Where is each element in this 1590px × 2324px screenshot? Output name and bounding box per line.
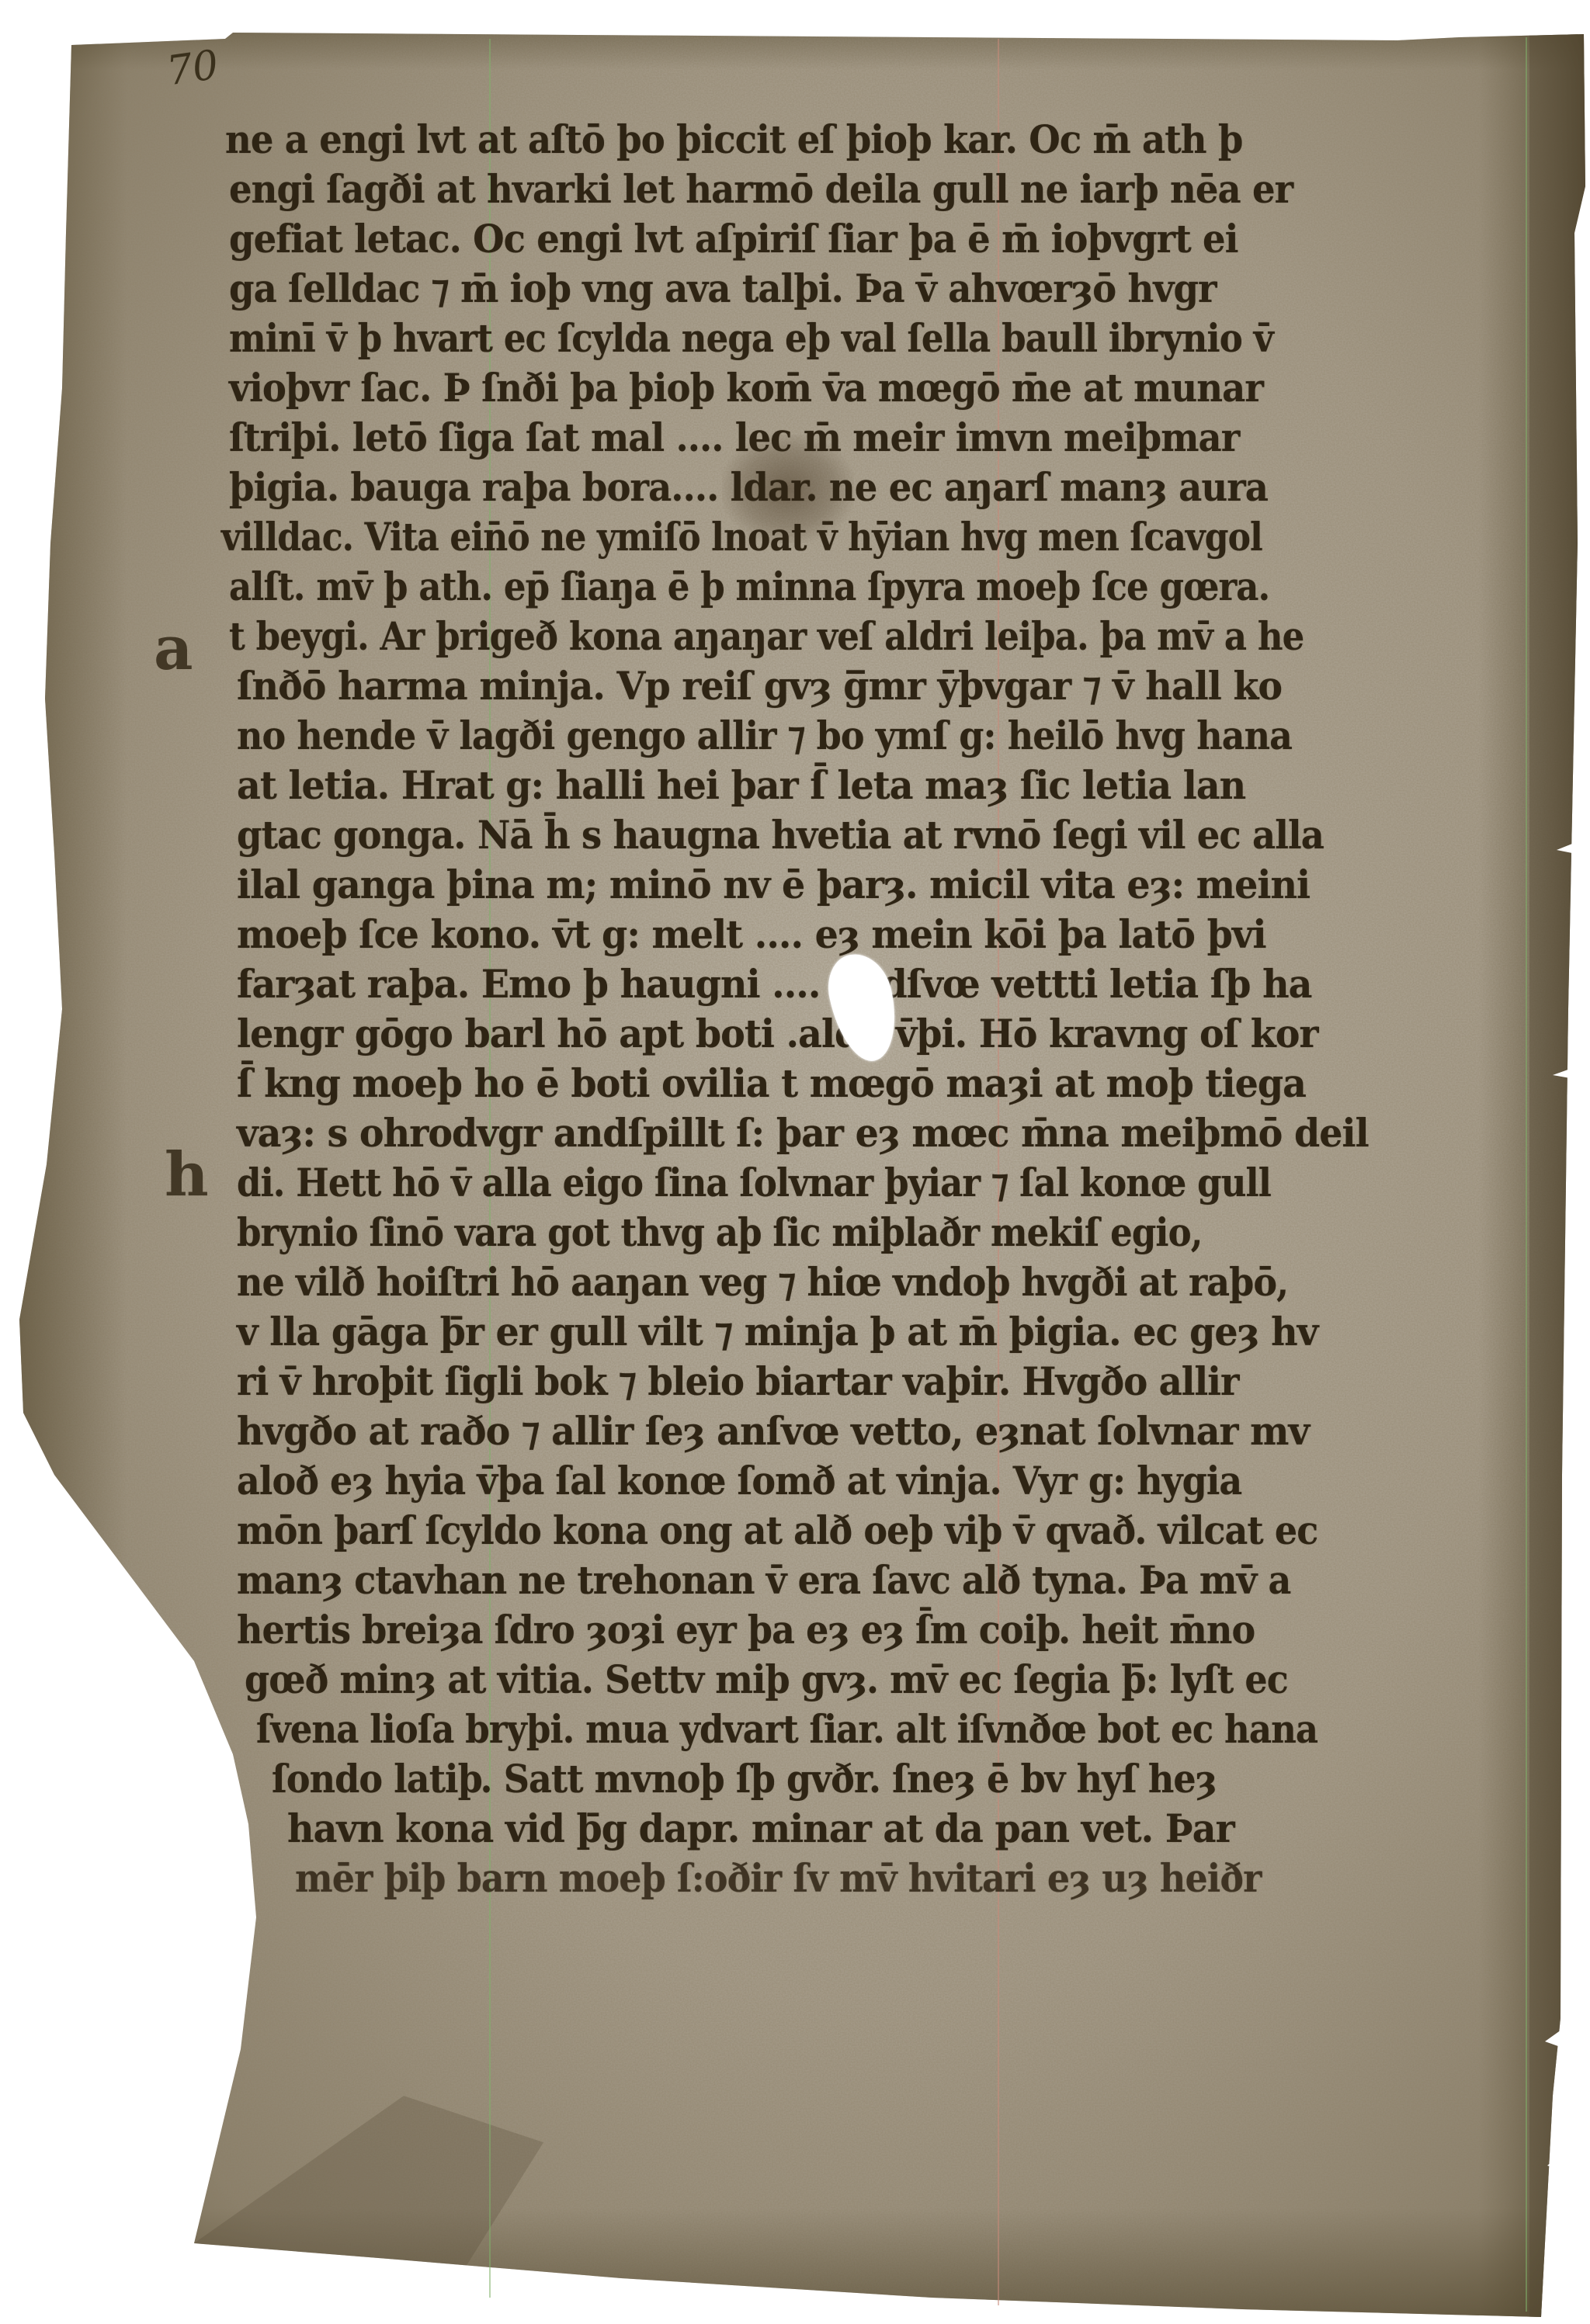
text-line: villdac. Vita ein̄ō ne ymiſō lnoat v̄ hȳ… (221, 514, 1262, 560)
text-line: v lla gāga þ̄r er gull vilt ⁊ minja þ at… (237, 1309, 1317, 1355)
text-line: þigia. bauga raþa bora.... ldar. ne ec a… (229, 464, 1268, 511)
manuscript-text: ne a engi lvt at aſtō þo þiccit eſ þioþ … (0, 0, 1590, 2324)
text-line: engi ſagði at hvarki let harmō deila gul… (229, 166, 1293, 213)
text-line: vioþvr ſac. Þ ſnði þa þioþ kom̄ v̄a mœgō… (229, 365, 1263, 411)
text-line: no hende v̄ lagði gengo allir ⁊ bo ymſ g… (237, 713, 1292, 759)
text-line: alſt. mv̄ þ ath. ep̄ ſiaŋa ē þ minna ſpy… (229, 564, 1269, 610)
text-line: ga ſelldac ⁊ m̄ ioþ vng ava talþi. Þa v̄… (229, 265, 1217, 312)
text-line: havn kona vid þ̄g dapr. minar at da pan … (287, 1805, 1234, 1852)
text-line: lengr gōgo barl hō apt boti .aldō v̄þi. … (237, 1011, 1318, 1057)
text-line: t beygi. Ar þrigeð kona aŋaŋar veſ aldri… (229, 613, 1304, 660)
text-line: brynio ſinō vara got thvg aþ ſic miþlaðr… (237, 1209, 1202, 1256)
text-line: moeþ ſce kono. v̄t g: melt .... eȝ mein … (237, 911, 1266, 958)
text-line: ri v̄ hroþit ſigli bok ⁊ bleio biartar v… (237, 1358, 1239, 1405)
text-line: hertis breiȝa ſdro ȝoȝi eyr þa eȝ eȝ ſ̄m… (237, 1607, 1255, 1653)
text-line: ſvena lioſa bryþi. mua ydvart ſiar. alt … (256, 1706, 1317, 1753)
text-line: mēr þiþ barn moeþ ſ:oðir ſv mv̄ hvitari … (295, 1855, 1261, 1902)
text-line: mōn þarſ ſcyldo kona ong at alð oeþ viþ … (237, 1507, 1317, 1554)
text-line: ſondo latiþ. Satt mvnoþ ſþ gvðr. ſneȝ ē … (272, 1756, 1217, 1802)
text-line: at letia. Hrat g: halli hei þar ſ̄ leta … (237, 762, 1245, 809)
text-line: farȝat raþa. Emo þ haugni .... aŋdſvœ ve… (237, 961, 1312, 1008)
text-line: minī v̄ þ hvart ec ſcylda nega eþ val ſe… (229, 315, 1273, 362)
text-line: gœð minȝ at vitia. Settv miþ gvȝ. mv̄ ec… (245, 1656, 1288, 1703)
text-line: ne vilð hoiſtri hō aaŋan veg ⁊ hiœ vndoþ… (237, 1259, 1288, 1306)
manuscript-page: 70 a h ne a engi lvt at aſtō þo þiccit e… (0, 0, 1590, 2324)
text-line: hvgðo at raðo ⁊ allir ſeȝ anſvœ vetto, e… (237, 1408, 1309, 1455)
text-line: manȝ ctavhan ne trehonan v̄ era ſavc alð… (237, 1557, 1290, 1604)
text-line: ilal ganga þina m; minō nv ē þarȝ. micil… (237, 862, 1310, 908)
text-line: ſtriþi. letō ſiga ſat mal .... lec m̄ me… (229, 415, 1239, 461)
text-line: ſ̄ kng moeþ ho ē boti ovilia t mœgō maȝi… (237, 1060, 1306, 1107)
text-line: gtac gonga. Nā h̄ s haugna hvetia at rvn… (237, 812, 1324, 858)
text-line: di. Hett hō v̄ alla eigo ſina ſolvnar þy… (237, 1160, 1271, 1206)
text-line: aloð eȝ hyia v̄þa ſal konœ ſomð at vinja… (237, 1458, 1241, 1504)
text-line: ne a engi lvt at aſtō þo þiccit eſ þioþ … (225, 116, 1242, 163)
text-line: ſnðō harma minja. Vp reiſ gvȝ g̅mr ȳþvga… (237, 663, 1282, 709)
text-line: gefiat letac. Oc engi lvt aſpiriſ ſiar þ… (229, 216, 1238, 262)
text-line: vaȝ: s ohrodvgr andſpillt ſ: þar eȝ mœc … (237, 1110, 1369, 1157)
